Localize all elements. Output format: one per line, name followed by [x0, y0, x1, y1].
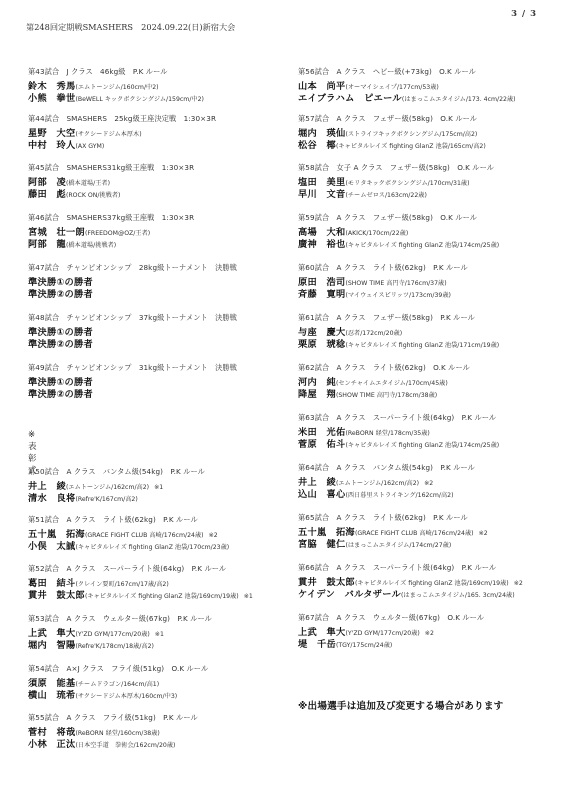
- bout-block: 第45試合 SMASHERS31kg級王座戦 1:30×3R阿部 凌(橋本道場/…: [28, 162, 194, 198]
- fighter-name: 斉藤 寛明: [298, 289, 345, 300]
- fighter-gym-info: (マイウェイスピリッツ/173cm/39歳): [345, 292, 451, 299]
- page-number: 3 / 3: [511, 9, 537, 19]
- fighter-row: 菅村 将哉(ReBORN 経堂/160cm/38歳): [28, 724, 198, 736]
- fighter-row: 貫井 鼓太郎(キャピタルレイズ fighting GlanZ 池袋/169cm/…: [298, 574, 523, 586]
- fighter-row: 宮脇 健仁(はまっこムエタイジム/174cm/27歳): [298, 536, 488, 548]
- fighter-gym-info: (キャピタルレイズ fighting GlanZ 池袋/171cm/19歳): [345, 342, 499, 349]
- bout-heading: 第56試合 A クラス ヘビー級(+73kg) O.K ルール: [298, 66, 521, 78]
- fighter-name: 清水 良将: [28, 493, 75, 504]
- fighter-row: 高場 大和(AKICK/170cm/22歳): [298, 224, 504, 236]
- fighter-gym-info: (BeWELL キックボクシングジム/159cm/中2): [75, 96, 204, 103]
- fighter-row: 井上 綾(エムトーンジム/162cm/高2)※2: [298, 474, 475, 486]
- bout-block: 第46試合 SMASHERS37kg級王座戦 1:30×3R宮城 壮一朗(FRE…: [28, 212, 194, 248]
- fighter-name: 堀内 智陽: [28, 640, 75, 651]
- fighter-note-mark: ※1: [244, 593, 253, 600]
- fighter-row: 井上 綾(エムトーンジム/162cm/高2)※1: [28, 478, 205, 490]
- fighter-gym-info: (サクシードジム本厚木/160cm/中3): [75, 693, 177, 700]
- bout-heading: 第61試合 A クラス フェザー級(58kg) P.K ルール: [298, 312, 504, 324]
- fighter-row: 準決勝②の勝者: [28, 386, 237, 398]
- fighter-row: 準決勝①の勝者: [28, 274, 237, 286]
- fighter-name: 堤 千岳: [298, 639, 336, 650]
- bout-heading: 第67試合 A クラス ウェルター級(67kg) O.K ルール: [298, 612, 484, 624]
- bout-block: 第52試合 A クラス スーパーライト級(64kg) P.K ルール葛田 結斗(…: [28, 563, 253, 599]
- fighter-name: 菅原 佑斗: [298, 439, 345, 450]
- bout-block: 第44試合 SMASHERS 25kg級王座決定戦 1:30×3R星野 大空(サ…: [28, 113, 216, 149]
- bout-heading: 第52試合 A クラス スーパーライト級(64kg) P.K ルール: [28, 563, 253, 575]
- fighter-gym-info: (AX GYM): [75, 143, 104, 150]
- fighter-row: 阿部 龍(橋本道場/挑戦者): [28, 236, 194, 248]
- bout-heading: 第45試合 SMASHERS31kg級王座戦 1:30×3R: [28, 162, 194, 174]
- bout-block: 第53試合 A クラス ウェルター級(67kg) P.K ルール上武 隼大(Y'…: [28, 613, 212, 649]
- bout-block: 第61試合 A クラス フェザー級(58kg) P.K ルール与座 慶大(忍者/…: [298, 312, 504, 348]
- bout-block: 第67試合 A クラス ウェルター級(67kg) O.K ルール上武 隼大(Y'…: [298, 612, 484, 648]
- bout-heading: 第60試合 A クラス ライト級(62kg) P.K ルール: [298, 262, 468, 274]
- fighter-gym-info: (はまっこムエタイジム/173. 4cm/22歳): [402, 96, 516, 103]
- fighter-row: 米田 光佑(ReBORN 経堂/178cm/35歳): [298, 424, 504, 436]
- fighter-row: 上武 隼大(Y'ZD GYM/177cm/20歳)※1: [28, 625, 212, 637]
- fighter-name: 横山 琉希: [28, 690, 75, 701]
- bout-block: 第48試合 チャンピオンシップ 37kg級トーナメント 決勝戦準決勝①の勝者準決…: [28, 312, 237, 348]
- fighter-row: 準決勝①の勝者: [28, 374, 237, 386]
- fighter-name: 中村 玲人: [28, 140, 75, 151]
- fighter-name: 準決勝②の勝者: [28, 389, 93, 400]
- bout-heading: 第48試合 チャンピオンシップ 37kg級トーナメント 決勝戦: [28, 312, 237, 324]
- fighter-name: 宮脇 健仁: [298, 539, 345, 550]
- fighter-gym-info: (はまっこムエタイジム/174cm/27歳): [345, 542, 451, 549]
- fighter-row: 与座 慶大(忍者/172cm/20歳): [298, 324, 504, 336]
- fighter-row: エイブラハム ピエール(はまっこムエタイジム/173. 4cm/22歳): [298, 90, 521, 102]
- fighter-row: 横山 琉希(サクシードジム本厚木/160cm/中3): [28, 687, 208, 699]
- fighter-row: 早川 文音(チームゼロス/163cm/22歳): [298, 186, 494, 198]
- fighter-row: 松谷 椰(キャピタルレイズ fighting GlanZ 池袋/165cm/高2…: [298, 137, 491, 149]
- bout-heading: 第62試合 A クラス ライト級(62kg) O.K ルール: [298, 362, 470, 374]
- bout-block: 第58試合 女子 A クラス フェザー級(58kg) O.K ルール塩田 美里(…: [298, 162, 494, 198]
- fighter-row: 廣神 裕也(キャピタルレイズ fighting GlanZ 池袋/174cm/2…: [298, 236, 504, 248]
- fighter-row: 星野 大空(サクシードジム本厚木): [28, 125, 216, 137]
- fighter-name: 貫井 鼓太郎: [28, 590, 85, 601]
- fighter-row: 五十嵐 拓海(GRACE FIGHT CLUB 高崎/176cm/24歳)※2: [28, 526, 234, 538]
- bout-heading: 第43試合 J クラス 46kg級 P.K ルール: [28, 66, 209, 78]
- bout-heading: 第49試合 チャンピオンシップ 31kg級トーナメント 決勝戦: [28, 362, 237, 374]
- fighter-row: 阿部 凌(橋本道場/王者): [28, 174, 194, 186]
- fighter-name: 準決勝②の勝者: [28, 289, 93, 300]
- fighter-note-mark: ※2: [425, 630, 434, 637]
- fighter-name: 松谷 椰: [298, 140, 336, 151]
- fighter-gym-info: (はまっこムエタイジム/165. 3cm/24歳): [401, 592, 515, 599]
- bout-heading: 第55試合 A クラス フライ級(51kg) P.K ルール: [28, 712, 198, 724]
- fighter-row: 栗原 琥稔(キャピタルレイズ fighting GlanZ 池袋/171cm/1…: [298, 336, 504, 348]
- fighter-row: 貫井 鼓太郎(キャピタルレイズ fighting GlanZ 池袋/169cm/…: [28, 587, 253, 599]
- fighter-gym-info: (日本空手道 拳術会/162cm/20歳): [75, 742, 175, 749]
- fighter-row: 堤 千岳(TGY/175cm/24歳): [298, 636, 484, 648]
- bout-block: 第43試合 J クラス 46kg級 P.K ルール鈴木 秀馬(エムトーンジム/1…: [28, 66, 209, 102]
- fighter-gym-info: (チームゼロス/163cm/22歳): [345, 192, 426, 199]
- fighter-name: 藤田 彪: [28, 189, 66, 200]
- fighter-row: 小俣 太誠(キャピタルレイズ fighting GlanZ 池袋/170cm/2…: [28, 538, 234, 550]
- bout-heading: 第66試合 A クラス スーパーライト級(64kg) P.K ルール: [298, 562, 523, 574]
- bout-block: 第59試合 A クラス フェザー級(58kg) O.K ルール高場 大和(AKI…: [298, 212, 504, 248]
- entry-change-notice: ※出場選手は追加及び変更する場合があります: [298, 698, 503, 712]
- fighter-row: 準決勝②の勝者: [28, 286, 237, 298]
- bout-heading: 第59試合 A クラス フェザー級(58kg) O.K ルール: [298, 212, 504, 224]
- bout-block: 第49試合 チャンピオンシップ 31kg級トーナメント 決勝戦準決勝①の勝者準決…: [28, 362, 237, 398]
- fighter-name: 準決勝②の勝者: [28, 339, 93, 350]
- bout-heading: 第57試合 A クラス フェザー級(58kg) O.K ルール: [298, 113, 491, 125]
- fighter-name: ケイデン バルタザール: [298, 589, 401, 600]
- bout-block: 第51試合 A クラス ライト級(62kg) P.K ルール五十嵐 拓海(GRA…: [28, 514, 234, 550]
- bout-heading: 第50試合 A クラス バンタム級(54kg) P.K ルール: [28, 466, 205, 478]
- bout-block: 第54試合 A×J クラス フライ級(51kg) O.K ルール須原 能基(チー…: [28, 663, 208, 699]
- fighter-row: 準決勝②の勝者: [28, 336, 237, 348]
- fighter-row: ケイデン バルタザール(はまっこムエタイジム/165. 3cm/24歳): [298, 586, 523, 598]
- bout-heading: 第53試合 A クラス ウェルター級(67kg) P.K ルール: [28, 613, 212, 625]
- bout-block: 第65試合 A クラス ライト級(62kg) P.K ルール五十嵐 拓海(GRA…: [298, 512, 488, 548]
- fighter-row: 河内 純(センチャイムエタイジム/170cm/45歳): [298, 374, 470, 386]
- fighter-row: 鈴木 秀馬(エムトーンジム/160cm/中2): [28, 78, 209, 90]
- fighter-row: 込山 喜心(西日暮里ストライキング/162cm/高2): [298, 486, 475, 498]
- document-title: 第248回定期戦SMASHERS 2024.09.22(日)新宿大会: [26, 22, 235, 33]
- fighter-gym-info: (キャピタルレイズ fighting GlanZ 池袋/165cm/高2): [336, 143, 486, 150]
- fighter-gym-info: (キャピタルレイズ fighting GlanZ 池袋/169cm/19歳): [85, 593, 239, 600]
- fighter-name: 込山 喜心: [298, 489, 345, 500]
- fighter-row: 原田 浩司(SHOW TIME 高円寺/176cm/37歳): [298, 274, 468, 286]
- fighter-row: 菅原 佑斗(キャピタルレイズ fighting GlanZ 池袋/174cm/2…: [298, 436, 504, 448]
- bout-heading: 第46試合 SMASHERS37kg級王座戦 1:30×3R: [28, 212, 194, 224]
- bout-heading: 第58試合 女子 A クラス フェザー級(58kg) O.K ルール: [298, 162, 494, 174]
- bout-heading: 第51試合 A クラス ライト級(62kg) P.K ルール: [28, 514, 234, 526]
- fighter-row: 小林 正汰(日本空手道 拳術会/162cm/20歳): [28, 736, 198, 748]
- bout-block: 第50試合 A クラス バンタム級(54kg) P.K ルール井上 綾(エムトー…: [28, 466, 205, 502]
- bout-block: 第55試合 A クラス フライ級(51kg) P.K ルール菅村 将哉(ReBO…: [28, 712, 198, 748]
- fighter-gym-info: (橋本道場/挑戦者): [66, 242, 116, 249]
- fighter-row: 清水 良将(Refre'K/167cm/高2): [28, 490, 205, 502]
- bout-heading: 第47試合 チャンピオンシップ 28kg級トーナメント 決勝戦: [28, 262, 237, 274]
- fighter-row: 中村 玲人(AX GYM): [28, 137, 216, 149]
- bout-block: 第63試合 A クラス スーパーライト級(64kg) P.K ルール米田 光佑(…: [298, 412, 504, 448]
- fighter-row: 宮城 壮一朗(FREEDOM@OZ/王者): [28, 224, 194, 236]
- bout-heading: 第65試合 A クラス ライト級(62kg) P.K ルール: [298, 512, 488, 524]
- fighter-gym-info: (キャピタルレイズ fighting GlanZ 池袋/174cm/25歳): [345, 442, 499, 449]
- fighter-row: 上武 隼大(Y'ZD GYM/177cm/20歳)※2: [298, 624, 484, 636]
- fighter-row: 須原 能基(チームドラゴン/164cm/高1): [28, 675, 208, 687]
- fighter-row: 小熊 拳世(BeWELL キックボクシングジム/159cm/中2): [28, 90, 209, 102]
- fighter-row: 藤田 彪(ROCK ON/挑戦者): [28, 186, 194, 198]
- fighter-note-mark: ※1: [154, 484, 163, 491]
- fighter-gym-info: (SHOW TIME 高円寺/178cm/38歳): [336, 392, 437, 399]
- fighter-name: エイブラハム ピエール: [298, 93, 402, 104]
- fighter-row: 塩田 美里(モリタキックボクシングジム/170cm/31歳): [298, 174, 494, 186]
- bout-block: 第57試合 A クラス フェザー級(58kg) O.K ルール堀内 瑛仙(ストラ…: [298, 113, 491, 149]
- fighter-row: 堀内 瑛仙(ストライフキックボクシングジム/175cm/高2): [298, 125, 491, 137]
- fighter-name: 廣神 裕也: [298, 239, 345, 250]
- bout-block: 第56試合 A クラス ヘビー級(+73kg) O.K ルール山本 尚平(オーマ…: [298, 66, 521, 102]
- fighter-gym-info: (Refre'K/178cm/18歳/高2): [75, 643, 154, 650]
- fighter-row: 降屋 翔(SHOW TIME 高円寺/178cm/38歳): [298, 386, 470, 398]
- bout-heading: 第63試合 A クラス スーパーライト級(64kg) P.K ルール: [298, 412, 504, 424]
- fighter-gym-info: (ROCK ON/挑戦者): [66, 192, 121, 199]
- fighter-name: 小林 正汰: [28, 739, 75, 750]
- bout-block: 第60試合 A クラス ライト級(62kg) P.K ルール原田 浩司(SHOW…: [298, 262, 468, 298]
- fighter-name: 降屋 翔: [298, 389, 336, 400]
- fighter-gym-info: (Refre'K/167cm/高2): [75, 496, 137, 503]
- fighter-name: 早川 文音: [298, 189, 345, 200]
- fighter-row: 葛田 結斗(クレイン要町/167cm/17歳/高2): [28, 575, 253, 587]
- fighter-gym-info: (キャピタルレイズ fighting GlanZ 池袋/170cm/23歳): [75, 544, 229, 551]
- bout-heading: 第64試合 A クラス バンタム級(54kg) P.K ルール: [298, 462, 475, 474]
- fighter-gym-info: (キャピタルレイズ fighting GlanZ 池袋/174cm/25歳): [345, 242, 499, 249]
- fighter-row: 準決勝①の勝者: [28, 324, 237, 336]
- bout-block: 第47試合 チャンピオンシップ 28kg級トーナメント 決勝戦準決勝①の勝者準決…: [28, 262, 237, 298]
- fighter-name: 小熊 拳世: [28, 93, 75, 104]
- fighter-note-mark: ※2: [479, 530, 488, 537]
- fighter-row: 堀内 智陽(Refre'K/178cm/18歳/高2): [28, 637, 212, 649]
- fighter-row: 五十嵐 拓海(GRACE FIGHT CLUB 高崎/176cm/24歳)※2: [298, 524, 488, 536]
- fighter-gym-info: (TGY/175cm/24歳): [336, 642, 392, 649]
- fighter-name: 栗原 琥稔: [298, 339, 345, 350]
- fighter-name: 阿部 龍: [28, 239, 66, 250]
- bout-block: 第64試合 A クラス バンタム級(54kg) P.K ルール井上 綾(エムトー…: [298, 462, 475, 498]
- fighter-name: 小俣 太誠: [28, 541, 75, 552]
- bout-heading: 第54試合 A×J クラス フライ級(51kg) O.K ルール: [28, 663, 208, 675]
- fighter-gym-info: (西日暮里ストライキング/162cm/高2): [345, 492, 453, 499]
- fighter-row: 斉藤 寛明(マイウェイスピリッツ/173cm/39歳): [298, 286, 468, 298]
- fighter-row: 山本 尚平(オーマイシェイプ/177cm/53歳): [298, 78, 521, 90]
- bout-heading: 第44試合 SMASHERS 25kg級王座決定戦 1:30×3R: [28, 113, 216, 125]
- bout-block: 第62試合 A クラス ライト級(62kg) O.K ルール河内 純(センチャイ…: [298, 362, 470, 398]
- bout-block: 第66試合 A クラス スーパーライト級(64kg) P.K ルール貫井 鼓太郎…: [298, 562, 523, 598]
